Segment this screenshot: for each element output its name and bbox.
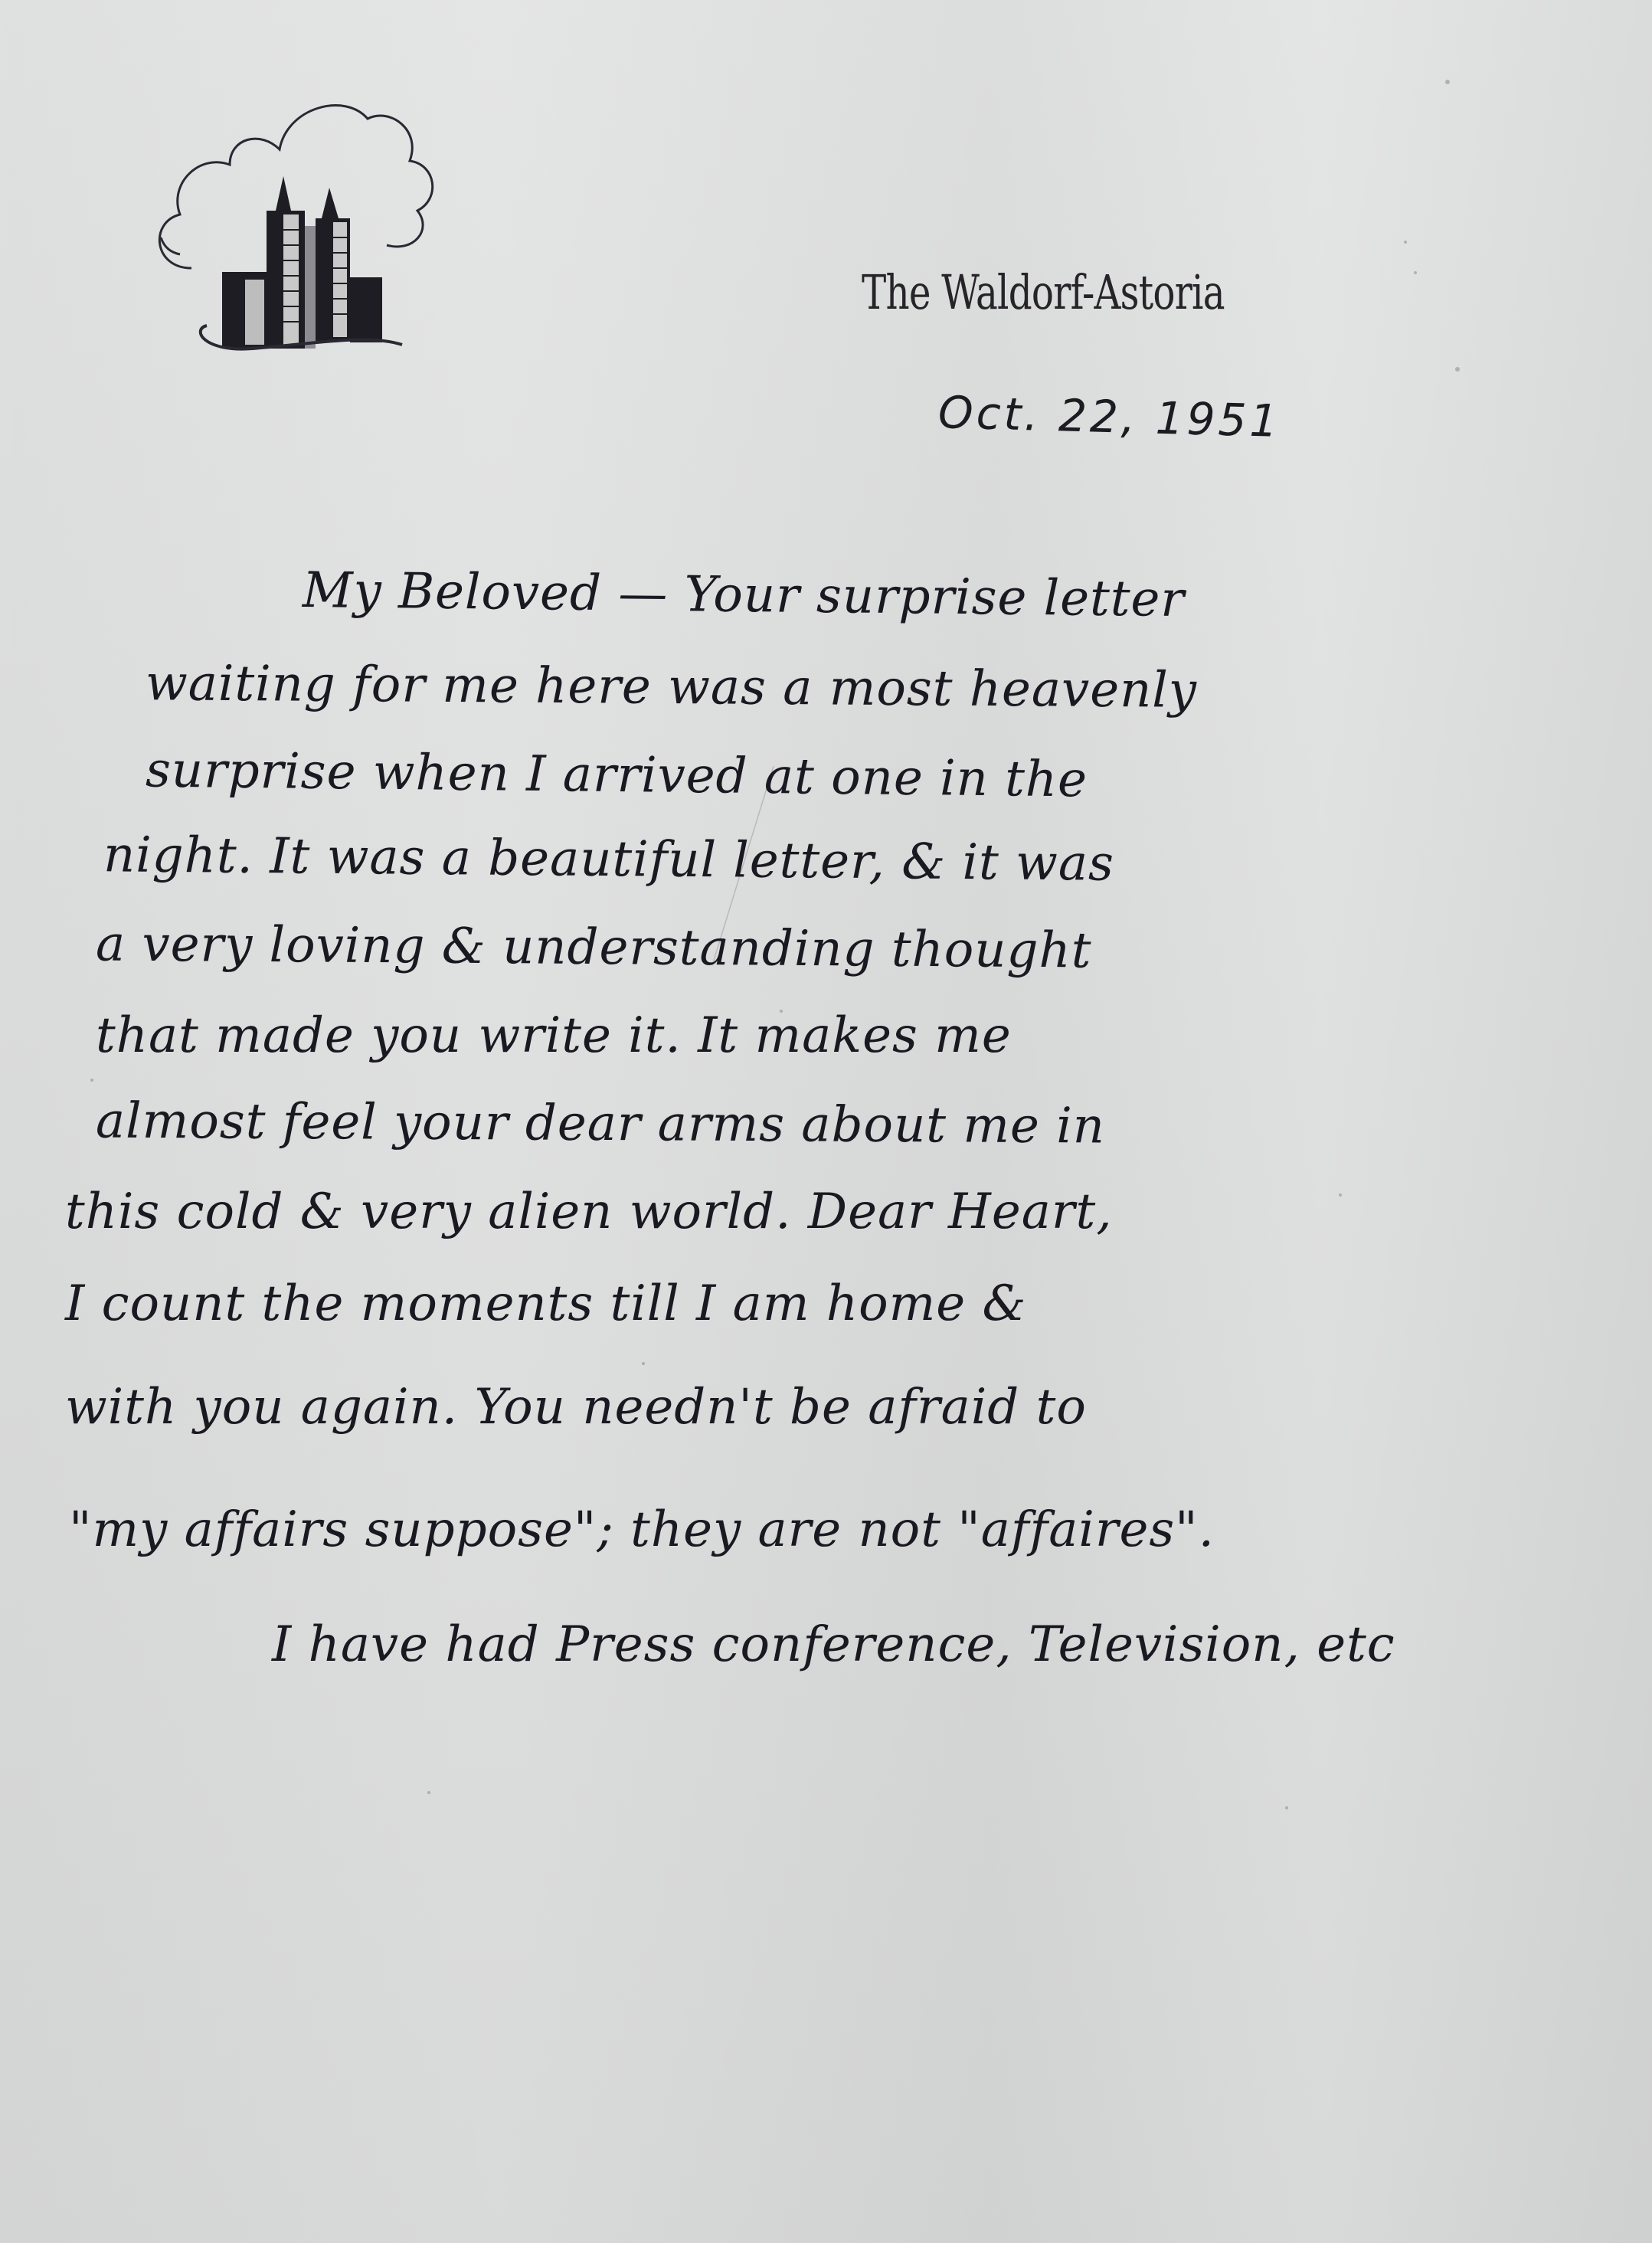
letter-line-7: almost feel your dear arms about me in [96, 1093, 1105, 1155]
letter-line-11: "my affairs suppose"; they are not "affa… [69, 1501, 1215, 1558]
letter-line-6: that made you write it. It makes me [96, 1007, 1012, 1064]
letter-line-8: this cold & very alien world. Dear Heart… [65, 1184, 1113, 1240]
letter-line-3: surprise when I arrived at one in the [146, 742, 1088, 809]
letter-line-2: waiting for me here was a most heavenly [146, 655, 1197, 719]
letter-page: The Waldorf-Astoria Oct. 22, 1951 My Bel… [0, 0, 1652, 2243]
letter-line-5: a very loving & understanding thought [96, 915, 1092, 979]
letter-date: Oct. 22, 1951 [937, 386, 1281, 447]
hotel-letterhead-name: The Waldorf-Astoria [862, 264, 1225, 320]
letter-line-12: I have had Press conference, Television,… [272, 1616, 1395, 1673]
letter-line-1: My Beloved — Your surprise letter [303, 562, 1186, 628]
letter-line-4: night. It was a beautiful letter, & it w… [103, 827, 1115, 892]
letter-line-9: I count the moments till I am home & [65, 1275, 1026, 1332]
letter-line-10: with you again. You needn't be afraid to [65, 1379, 1087, 1436]
waldorf-towers-crest-icon [138, 77, 444, 352]
